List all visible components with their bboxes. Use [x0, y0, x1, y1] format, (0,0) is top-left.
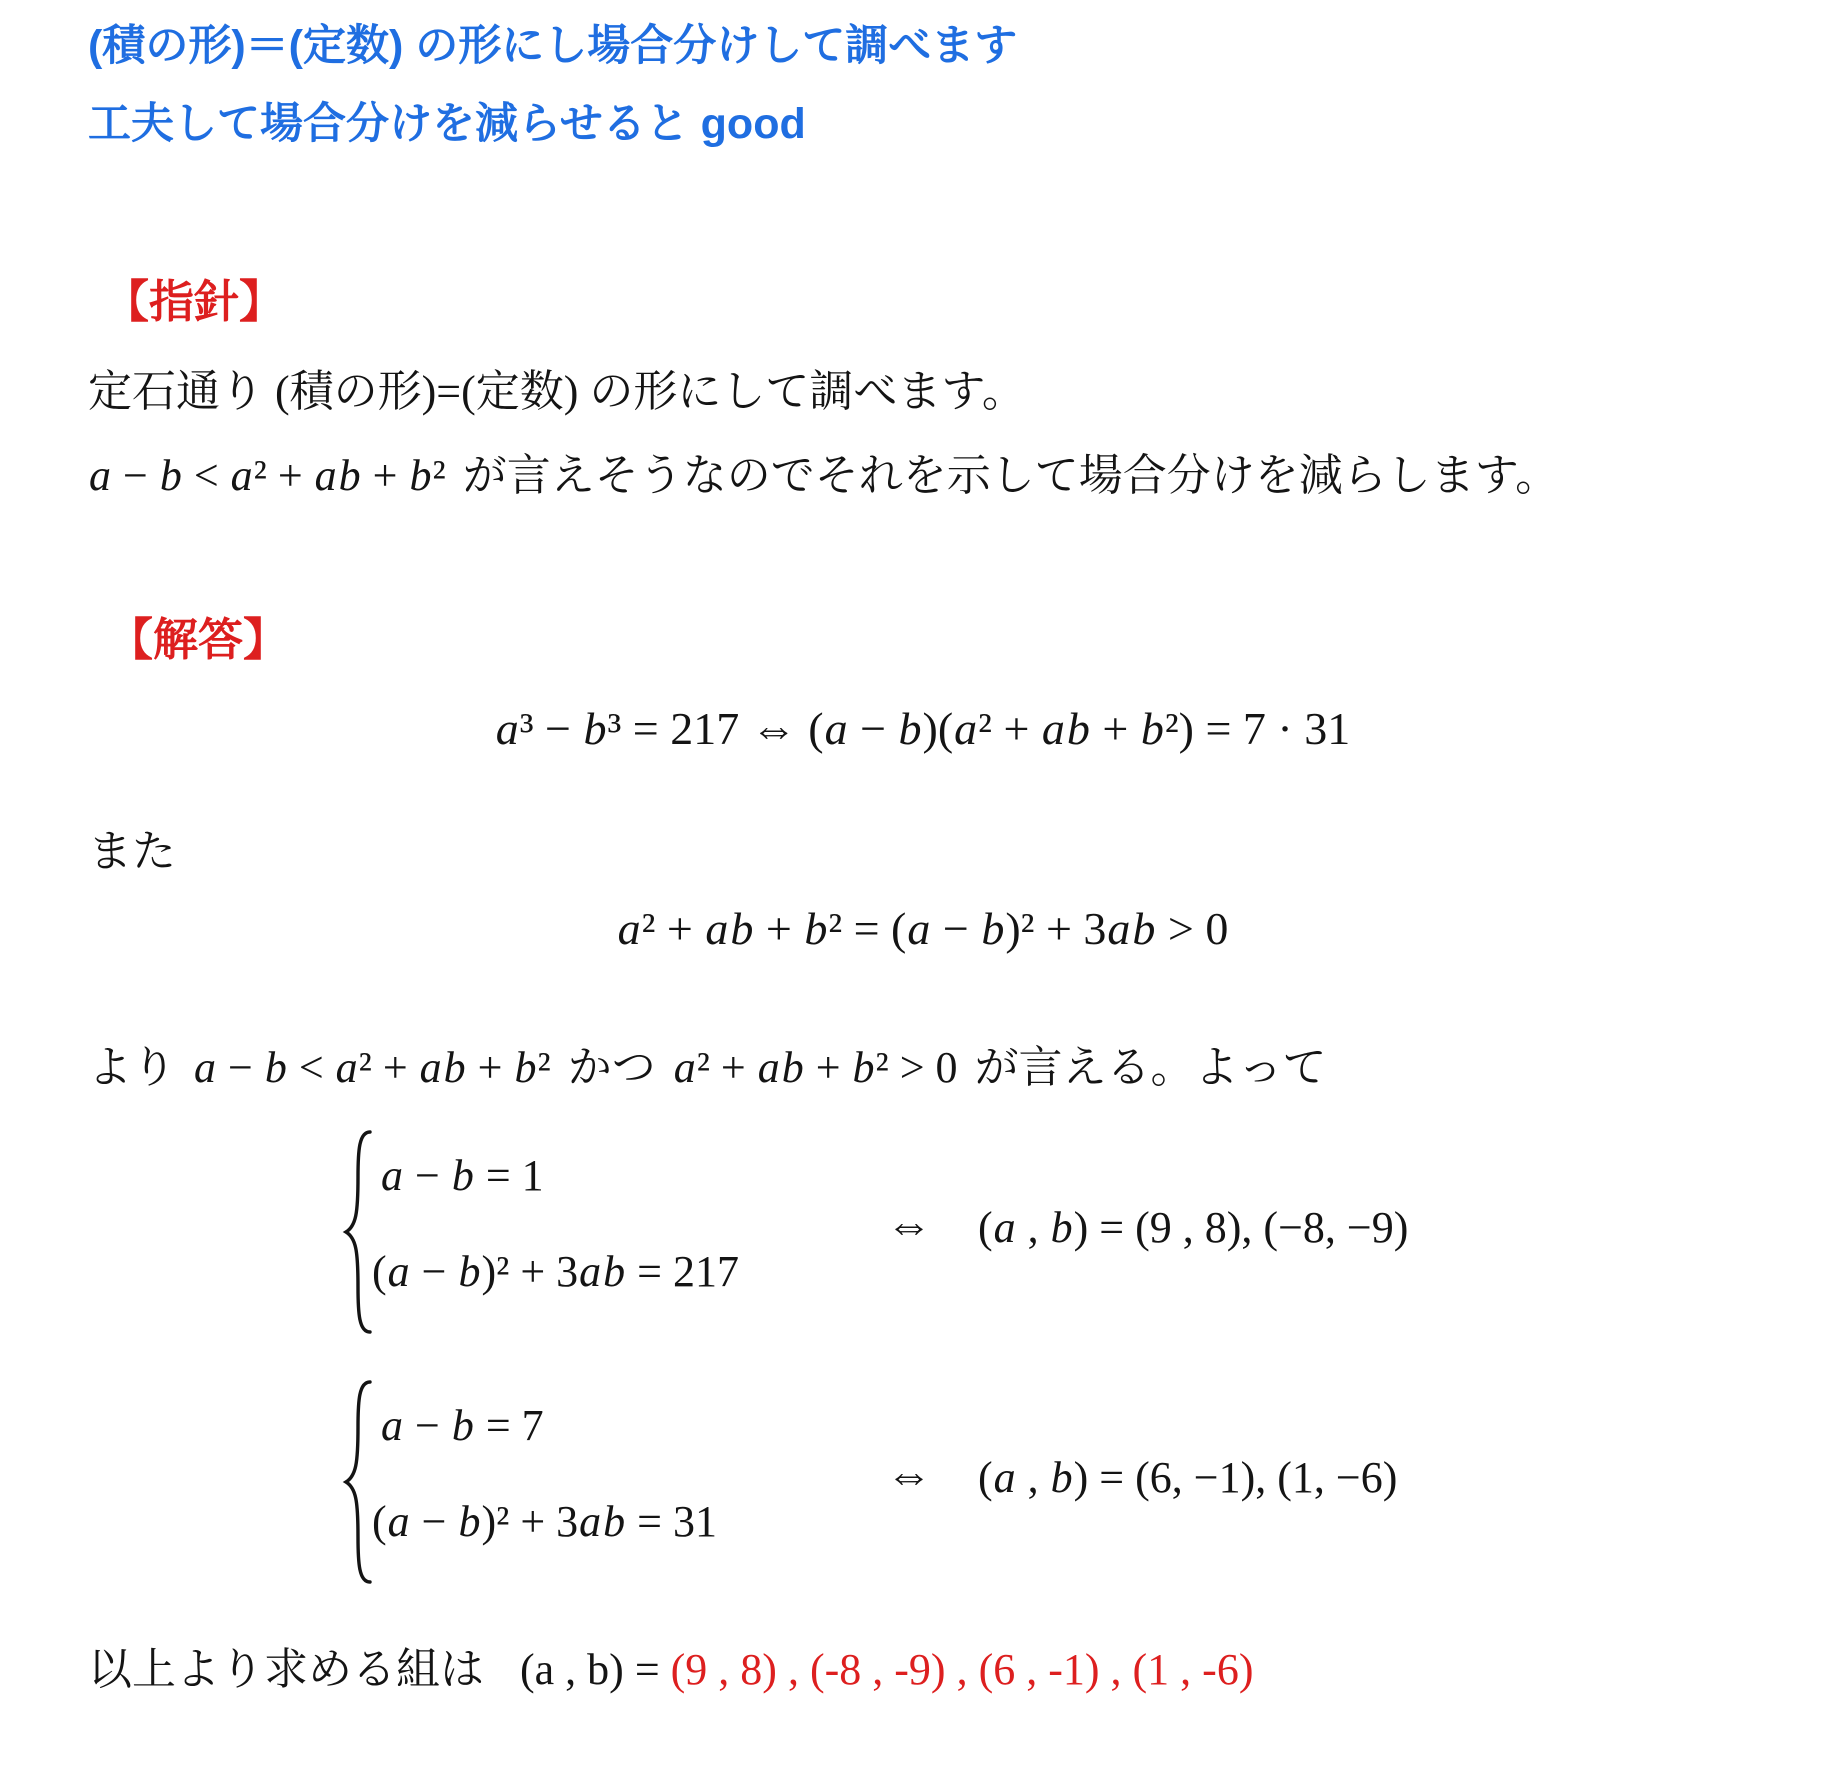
answer-heading: 【解答】 [108, 612, 288, 668]
case1-equation-bottom: (a − b)² + 3ab = 217 [372, 1246, 739, 1297]
note-line-1: (積の形)＝(定数) の形にし場合分けして調べます [88, 20, 1017, 74]
final-answer-values: (9 , 8) , (-8 , -9) , (6 , -1) , (1 , -6… [671, 1645, 1254, 1694]
final-lead-text: 以上より求める組は [88, 1645, 484, 1694]
therefore-line: より a − b < a² + ab + b² かつ a² + ab + b² … [88, 1040, 1333, 1095]
inline-formula: a − b < a² + ab + b² [88, 451, 446, 500]
guideline-math-line: a − b < a² + ab + b² が言えそうなのでそれを示して場合分けを… [88, 448, 1565, 503]
final-answer-line: 以上より求める組は(a , b) = (9 , 8) , (-8 , -9) ,… [88, 1642, 1253, 1697]
final-lhs: (a , b) = [520, 1645, 660, 1694]
case1-equation-top: a − b = 1 [380, 1150, 544, 1201]
case2-equation-top: a − b = 7 [380, 1400, 544, 1451]
cases-brace-icon [338, 1378, 380, 1586]
case2-result: (a , b) = (6, −1), (1, −6) [978, 1452, 1397, 1503]
guideline-heading: 【指針】 [104, 274, 284, 330]
note-line-2: 工夫して場合分けを減らせると good [88, 98, 806, 152]
therefore-text-3: が言える。よって [975, 1043, 1327, 1092]
therefore-formula-1: a − b < a² + ab + b² [193, 1043, 551, 1092]
case2-equation-bottom: (a − b)² + 3ab = 31 [372, 1496, 717, 1547]
therefore-text-2: かつ [568, 1043, 656, 1092]
case1-iff-arrow: ⇔ [886, 1198, 932, 1251]
inline-text: が言えそうなのでそれを示して場合分けを減らします。 [463, 451, 1559, 500]
therefore-formula-2: a² + ab + b² > 0 [673, 1043, 958, 1092]
cases-brace-icon [338, 1128, 380, 1336]
math-solution-document: (積の形)＝(定数) の形にし場合分けして調べます 工夫して場合分けを減らせると… [0, 0, 1845, 1767]
guideline-paragraph: 定石通り (積の形)=(定数) の形にして調べます。 [88, 364, 1026, 419]
case1-result: (a , b) = (9 , 8), (−8, −9) [978, 1202, 1408, 1253]
also-text: また [88, 824, 176, 879]
display-equation-2: a² + ab + b² = (a − b)² + 3ab > 0 [0, 900, 1845, 958]
therefore-text-1: より [88, 1043, 176, 1092]
case2-iff-arrow: ⇔ [886, 1448, 932, 1501]
display-equation-1: a³ − b³ = 217 ⇔ (a − b)(a² + ab + b²) = … [0, 700, 1845, 758]
